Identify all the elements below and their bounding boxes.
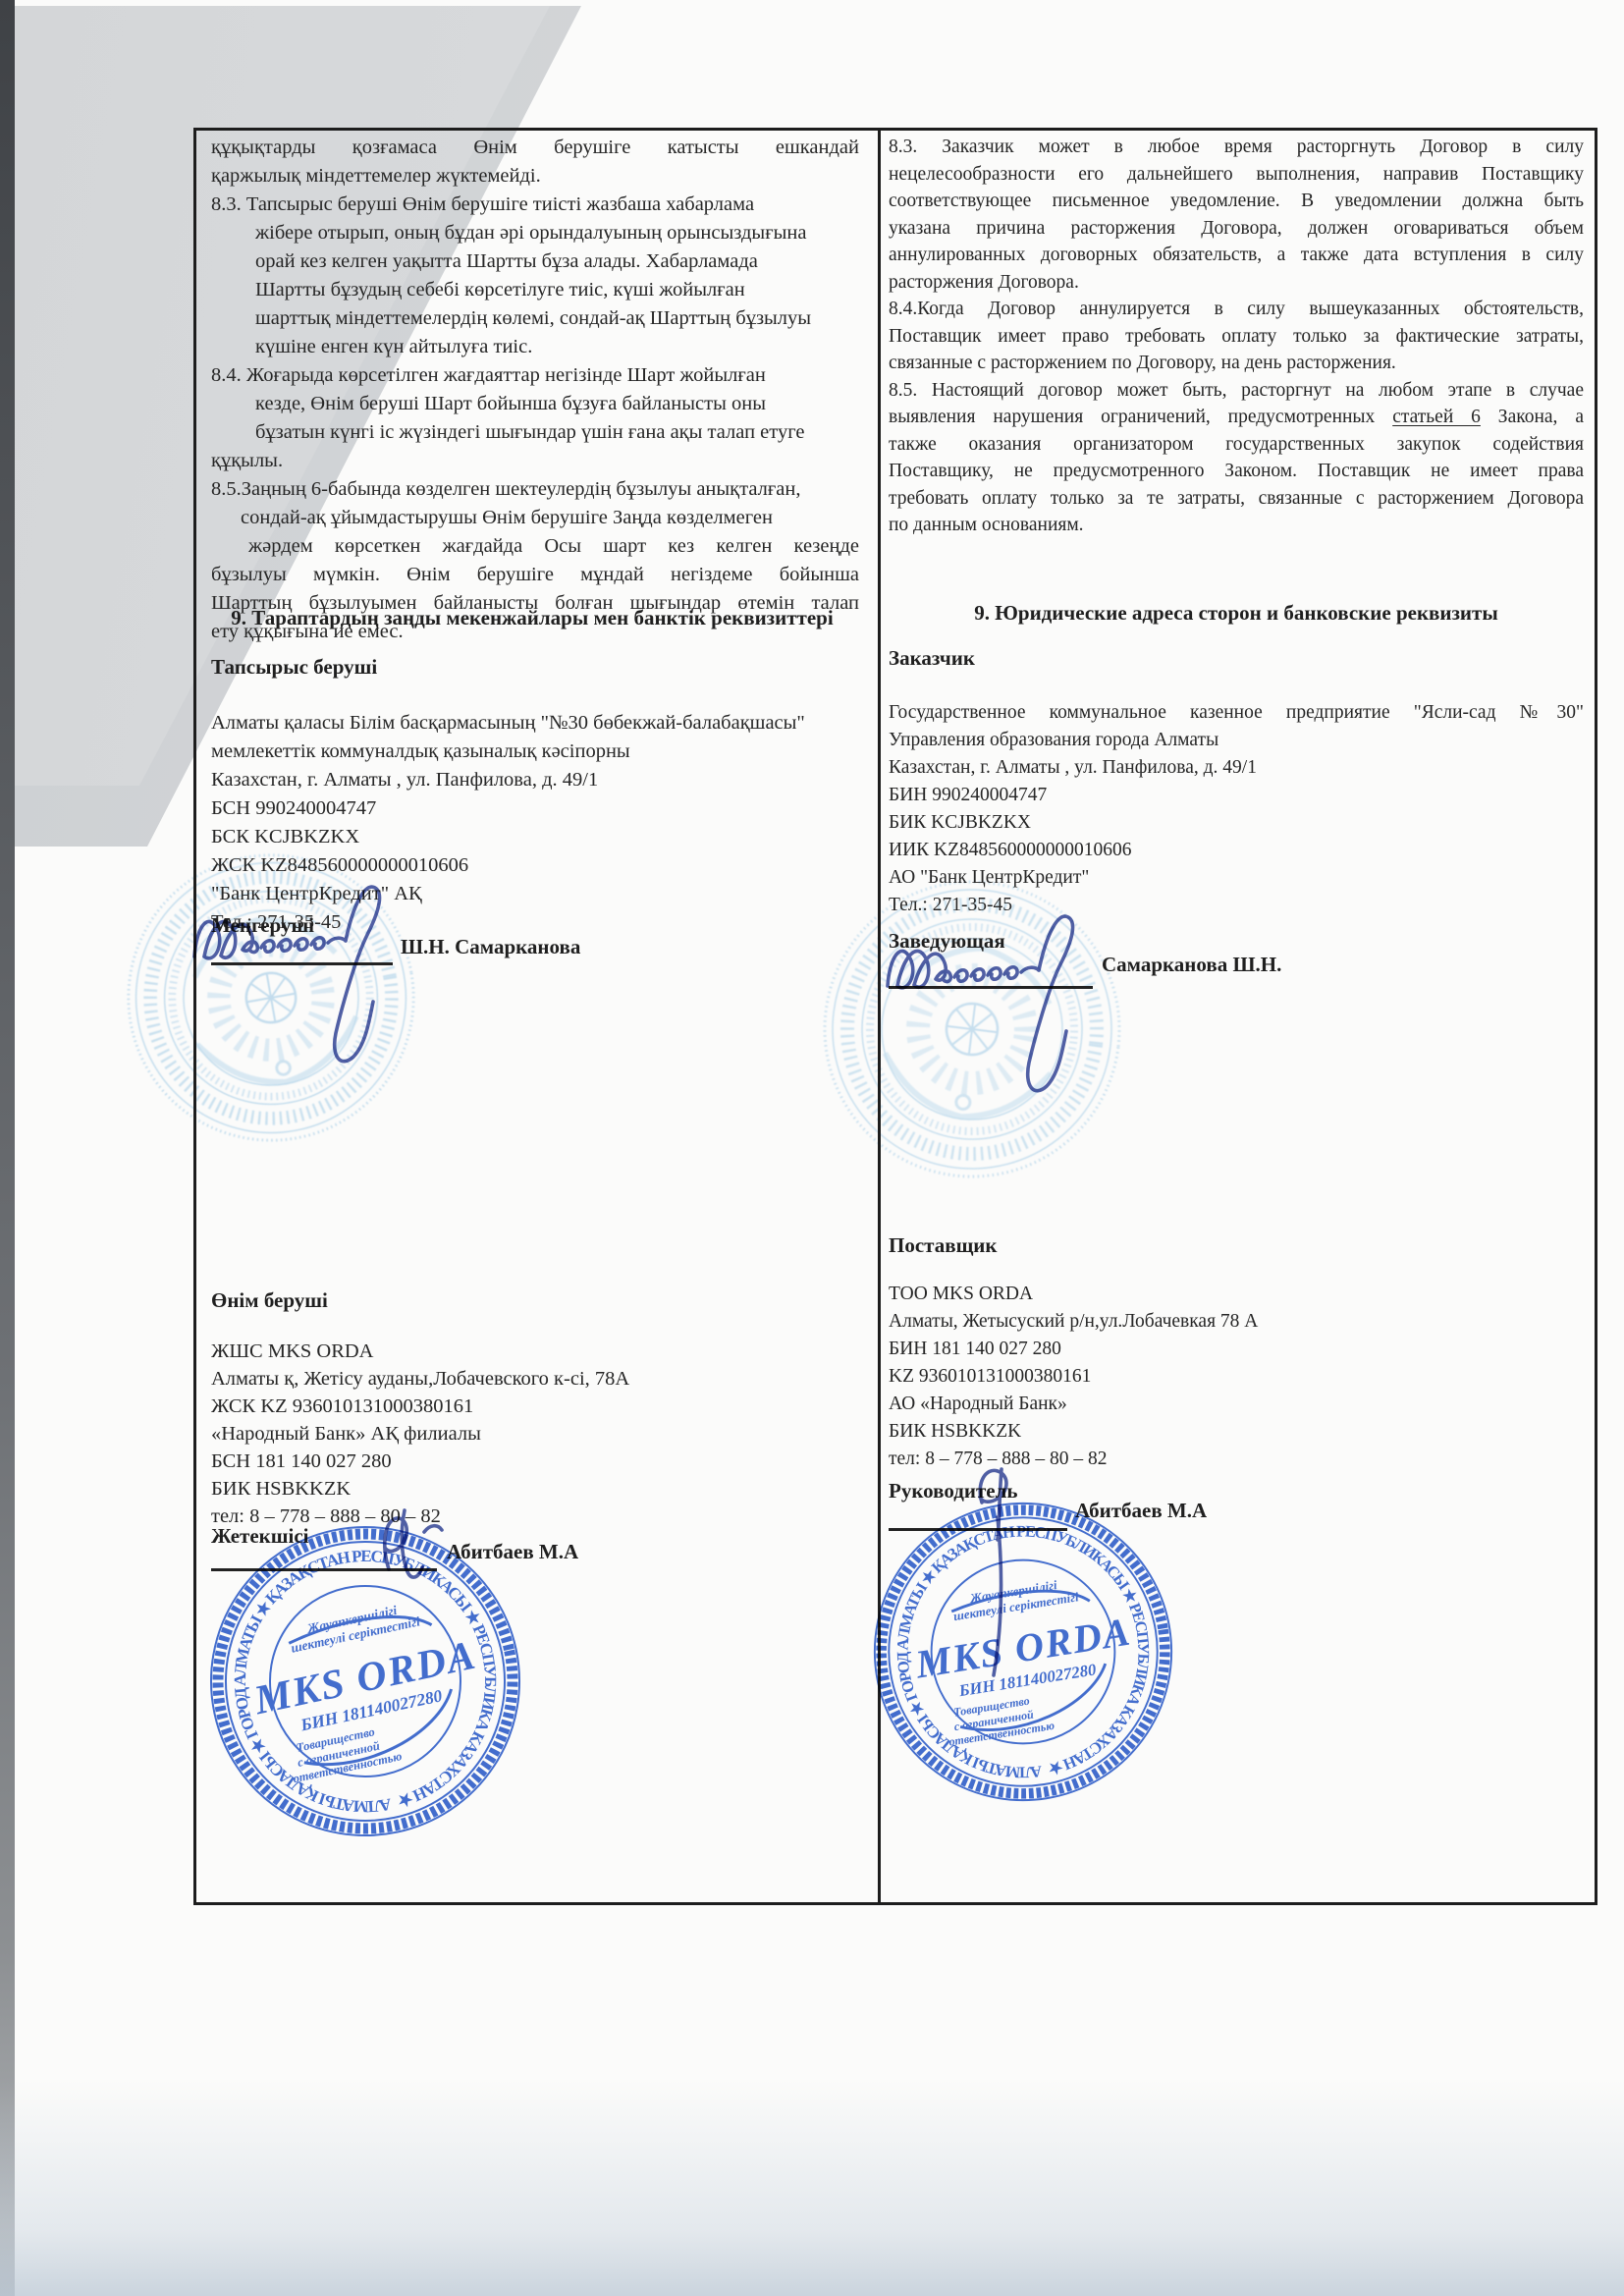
- text-line: сондай-ақ ұйымдастырушы Өнім берушіге За…: [211, 504, 859, 532]
- text-line: АО "Банк ЦентрКредит": [889, 864, 1584, 892]
- kk-customer-signature-line: [211, 962, 393, 965]
- text-line: ИИК KZ848560000000010606: [889, 837, 1584, 864]
- text-line: Казахстан, г. Алматы , ул. Панфилова, д.…: [889, 754, 1584, 782]
- ru-customer-signer-name: Самарканова Ш.Н.: [1102, 953, 1281, 977]
- text-line: 8.5. Настоящий договор может быть, расто…: [889, 377, 1584, 405]
- text-line: БИК KCJBKZKX: [889, 809, 1584, 837]
- text-line: БИК HSBKKZK: [889, 1418, 1584, 1446]
- text-line: БСН 181 140 027 280: [211, 1448, 859, 1475]
- text-line: 8.3. Заказчик может в любое время растор…: [889, 134, 1584, 161]
- ru-supplier-details: ТОО MKS ORDAАлматы, Жетысуский р/н,ул.Ло…: [889, 1281, 1584, 1473]
- text-line: жібере отырып, оның бұдан әрі орындалуын…: [211, 219, 859, 247]
- kk-customer-signer-name: Ш.Н. Самарканова: [401, 935, 580, 959]
- text-line: БИК HSBKKZK: [211, 1475, 859, 1503]
- text-line: мемлекеттік коммуналдық қазыналық кәсіпо…: [211, 738, 859, 766]
- text-line: бұзылуы мүмкін. Өнім берушіге мұндай нег…: [211, 561, 859, 589]
- kk-supplier-details: ЖШС MKS ORDAАлматы қ, Жетісу ауданы,Лоба…: [211, 1338, 859, 1530]
- text-line: тел: 8 – 778 – 888 – 80 – 82: [889, 1446, 1584, 1473]
- text-line: «Народный Банк» АҚ филиалы: [211, 1420, 859, 1448]
- scanned-contract-page: құқықтарды қозғамаса Өнім берушіге катыс…: [0, 0, 1624, 2296]
- text-line: аннулированных договорных обязательств, …: [889, 242, 1584, 269]
- ru-customer-role: Заведующая: [889, 929, 1005, 954]
- company-stamp-icon: АЛМАТЫ ҚАЛАСЫ ★ ГОРОД АЛМАТЫ ★ ҚАЗАҚСТАН…: [179, 1495, 552, 1868]
- supplier-company-stamp-right: АЛМАТЫ ҚАЛАСЫ ★ ГОРОД АЛМАТЫ ★ ҚАЗАҚСТАН…: [850, 1479, 1196, 1825]
- kk-supplier-label: Өнім беруші: [211, 1288, 328, 1313]
- text-line: нецелесообразности его дальнейшего выпол…: [889, 161, 1584, 189]
- text-line: жәрдем көрсеткен жағдайда Осы шарт кез к…: [211, 532, 859, 561]
- ru-supplier-role: Руководитель: [889, 1479, 1017, 1503]
- text-line: Государственное коммунальное казенное пр…: [889, 699, 1584, 727]
- text-line: KZ 936010131000380161: [889, 1363, 1584, 1391]
- text-line: бұзатын күнгі іс жүзіндегі шығындар үшін…: [211, 418, 859, 447]
- scan-edge-shadow: [0, 0, 15, 2296]
- ru-customer-details: Государственное коммунальное казенное пр…: [889, 699, 1584, 919]
- text-line: 8.5.Заңның 6-бабында көзделген шектеулер…: [211, 475, 859, 504]
- text-line: Алматы қаласы Білім басқармасының "№30 б…: [211, 709, 859, 738]
- text-line: 8.4. Жоғарыда көрсетілген жағдаяттар нег…: [211, 361, 859, 390]
- text-line: Поставщик имеет право требовать оплату т…: [889, 323, 1584, 351]
- text-line: Алматы, Жетысуский р/н,ул.Лобачевкая 78 …: [889, 1308, 1584, 1336]
- text-line: "Банк ЦентрКредит" АҚ: [211, 880, 859, 908]
- text-line: соответствующее письменное уведомление. …: [889, 188, 1584, 215]
- kk-customer-role: Меңгеруші: [211, 913, 314, 938]
- text-line: Шартты бұзудың себебі көрсетілуге тиіс, …: [211, 276, 859, 304]
- text-line: по данным основаниям.: [889, 512, 1584, 539]
- text-line: орай кез келген уақытта Шартты бұза алад…: [211, 247, 859, 276]
- text-line: Тел.: 271-35-45: [889, 892, 1584, 919]
- text-line: қаржылық міндеттемелер жүктемейді.: [211, 162, 859, 191]
- text-line: Поставщику, не предусмотренного Законом.…: [889, 458, 1584, 485]
- text-line: выявления нарушения ограничений, предусм…: [889, 404, 1584, 431]
- ru-customer-signature-line: [889, 986, 1093, 989]
- supplier-company-stamp-left: АЛМАТЫ ҚАЛАСЫ ★ ГОРОД АЛМАТЫ ★ ҚАЗАҚСТАН…: [179, 1495, 552, 1868]
- text-line: ЖСК KZ 936010131000380161: [211, 1393, 859, 1420]
- text-line: указана причина расторжения Договора, до…: [889, 215, 1584, 243]
- text-line: АО «Народный Банк»: [889, 1391, 1584, 1418]
- scan-bottom-tint: [0, 2080, 1624, 2296]
- text-line: кезде, Өнім беруші Шарт бойынша бұзуға б…: [211, 390, 859, 418]
- text-line: БИН 990240004747: [889, 782, 1584, 809]
- kk-section9-heading: 9. Тараптардың заңды мекенжайлары мен ба…: [206, 606, 858, 630]
- text-line: шарттық міндеттемелердің көлемі, сондай-…: [211, 304, 859, 333]
- text-line: құқылы.: [211, 447, 859, 475]
- text-line: БСН 990240004747: [211, 794, 859, 823]
- text-line: ЖСК KZ848560000000010606: [211, 851, 859, 880]
- ru-section9-heading: 9. Юридические адреса сторон и банковски…: [889, 601, 1584, 626]
- text-line: 8.4.Когда Договор аннулируется в силу вы…: [889, 296, 1584, 323]
- text-line: БСК KCJBKZKX: [211, 823, 859, 851]
- text-line: құқықтарды қозғамаса Өнім берушіге катыс…: [211, 134, 859, 162]
- text-line: Управления образования города Алматы: [889, 727, 1584, 754]
- text-line: күшіне енген күн айтылуға тиіс.: [211, 333, 859, 361]
- text-line: 8.3. Тапсырыс беруші Өнім берушіге тиіст…: [211, 191, 859, 219]
- ru-supplier-label: Поставщик: [889, 1233, 998, 1258]
- kk-customer-details: Алматы қаласы Білім басқармасының "№30 б…: [211, 709, 859, 937]
- kk-clause-body: құқықтарды қозғамаса Өнім берушіге катыс…: [211, 134, 859, 646]
- text-line: требовать оплату только за те затраты, с…: [889, 485, 1584, 513]
- kk-customer-label: Тапсырыс беруші: [211, 655, 377, 680]
- text-line: Казахстан, г. Алматы , ул. Панфилова, д.…: [211, 766, 859, 794]
- text-line: ТОО MKS ORDA: [889, 1281, 1584, 1308]
- text-line: БИН 181 140 027 280: [889, 1336, 1584, 1363]
- company-stamp-icon: АЛМАТЫ ҚАЛАСЫ ★ ГОРОД АЛМАТЫ ★ ҚАЗАҚСТАН…: [850, 1479, 1196, 1825]
- text-line: ЖШС MKS ORDA: [211, 1338, 859, 1365]
- ru-clause-body: 8.3. Заказчик может в любое время растор…: [889, 134, 1584, 539]
- text-line: связанные с расторжением по Договору, на…: [889, 350, 1584, 377]
- text-line: расторжения Договора.: [889, 269, 1584, 297]
- ru-customer-label: Заказчик: [889, 646, 975, 671]
- text-line: также оказания организатором государстве…: [889, 431, 1584, 459]
- text-line: Алматы қ, Жетісу ауданы,Лобачевского к-с…: [211, 1365, 859, 1393]
